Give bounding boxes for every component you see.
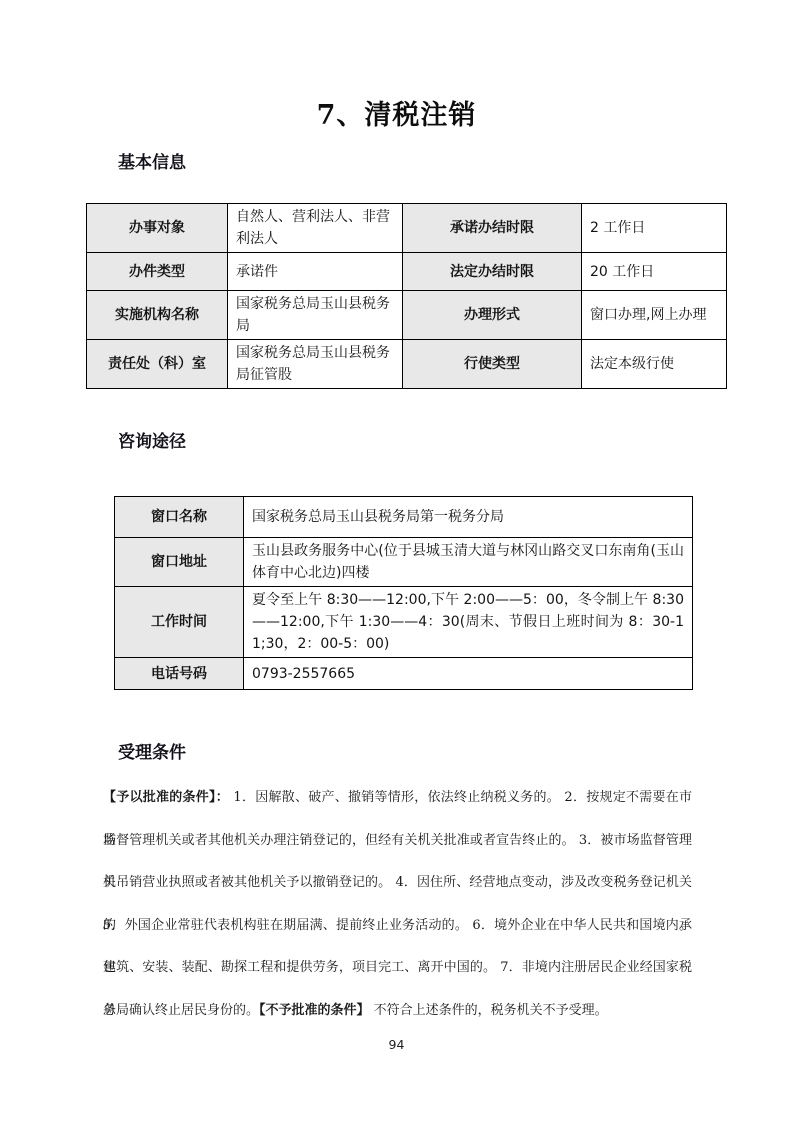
table-label-cell: 办事对象 (87, 204, 228, 253)
table-value-cell: 国家税务总局玉山县税务局征管股 (228, 340, 403, 389)
paragraph-line: 关吊销营业执照或者被其他机关予以撤销登记的。 4．因住所、经营地点变动，涉及改变… (103, 862, 692, 905)
table-label-cell: 工作时间 (115, 587, 244, 658)
table-value-cell: 0793-2557665 (244, 658, 693, 690)
paragraph-line: 建筑、安装、装配、勘探工程和提供劳务，项目完工、离开中国的。 7．非境内注册居民… (103, 947, 692, 990)
table-value-cell: 20 工作日 (582, 253, 727, 291)
table-row: 实施机构名称 国家税务总局玉山县税务局 办理形式 窗口办理,网上办理 (87, 291, 727, 340)
table-label-cell: 办理形式 (403, 291, 582, 340)
table-value-cell: 承诺件 (228, 253, 403, 291)
table-label-cell: 办件类型 (87, 253, 228, 291)
bold-condition-header: 【予以批准的条件】： (103, 790, 229, 805)
table-label-cell: 法定办结时限 (403, 253, 582, 291)
paragraph-line: 总局确认终止居民身份的。【不予批准的条件】 不符合上述条件的，税务机关不予受理。 (103, 990, 692, 1033)
table-value-cell: 国家税务总局玉山县税务局 (228, 291, 403, 340)
table-label-cell: 承诺办结时限 (403, 204, 582, 253)
table-row: 办事对象 自然人、营利法人、非营利法人 承诺办结时限 2 工作日 (87, 204, 727, 253)
table-value-cell: 2 工作日 (582, 204, 727, 253)
table-label-cell: 行使类型 (403, 340, 582, 389)
section-heading-basic-info: 基本信息 (118, 148, 793, 173)
table-row: 窗口地址 玉山县政务服务中心(位于县城玉清大道与林冈山路交叉口东南角(玉山体育中… (115, 538, 693, 587)
document-page: 7、清税注销 基本信息 办事对象 自然人、营利法人、非营利法人 承诺办结时限 2… (0, 0, 793, 1122)
table-label-cell: 窗口名称 (115, 497, 244, 538)
consult-table: 窗口名称 国家税务总局玉山县税务局第一税务分局 窗口地址 玉山县政务服务中心(位… (114, 496, 693, 690)
table-label-cell: 电话号码 (115, 658, 244, 690)
table-value-cell: 自然人、营利法人、非营利法人 (228, 204, 403, 253)
table-value-cell: 窗口办理,网上办理 (582, 291, 727, 340)
paragraph-line: 监督管理机关或者其他机关办理注销登记的，但经有关机关批准或者宣告终止的。 3．被… (103, 820, 692, 863)
table-value-cell: 法定本级行使 (582, 340, 727, 389)
table-value-cell: 玉山县政务服务中心(位于县城玉清大道与林冈山路交叉口东南角(玉山体育中心北边)四… (244, 538, 693, 587)
line-text: 总局确认终止居民身份的。 (103, 1003, 259, 1018)
basic-info-table: 办事对象 自然人、营利法人、非营利法人 承诺办结时限 2 工作日 办件类型 承诺… (86, 203, 727, 389)
page-title: 7、清税注销 (0, 0, 793, 135)
table-row: 电话号码 0793-2557665 (115, 658, 693, 690)
table-value-cell: 国家税务总局玉山县税务局第一税务分局 (244, 497, 693, 538)
section-heading-conditions: 受理条件 (118, 738, 793, 763)
conditions-paragraph: 【予以批准的条件】： 1．因解散、破产、撤销等情形，依法终止纳税义务的。 2．按… (103, 777, 692, 1032)
paragraph-line: 【予以批准的条件】： 1．因解散、破产、撤销等情形，依法终止纳税义务的。 2．按… (103, 777, 692, 820)
table-value-cell: 夏令至上午 8:30——12:00,下午 2:00——5：00，冬令制上午 8:… (244, 587, 693, 658)
table-row: 责任处（科）室 国家税务总局玉山县税务局征管股 行使类型 法定本级行使 (87, 340, 727, 389)
table-row: 办件类型 承诺件 法定办结时限 20 工作日 (87, 253, 727, 291)
table-label-cell: 窗口地址 (115, 538, 244, 587)
table-row: 工作时间 夏令至上午 8:30——12:00,下午 2:00——5：00，冬令制… (115, 587, 693, 658)
line-text: 不符合上述条件的，税务机关不予受理。 (370, 1003, 608, 1018)
paragraph-line: 5．外国企业常驻代表机构驻在期届满、提前终止业务活动的。 6．境外企业在中华人民… (103, 905, 692, 948)
page-number: 94 (0, 1037, 793, 1052)
bold-condition-header: 【不予批准的条件】 (259, 1003, 370, 1018)
table-label-cell: 实施机构名称 (87, 291, 228, 340)
table-label-cell: 责任处（科）室 (87, 340, 228, 389)
table-row: 窗口名称 国家税务总局玉山县税务局第一税务分局 (115, 497, 693, 538)
section-heading-consult: 咨询途径 (118, 427, 793, 452)
